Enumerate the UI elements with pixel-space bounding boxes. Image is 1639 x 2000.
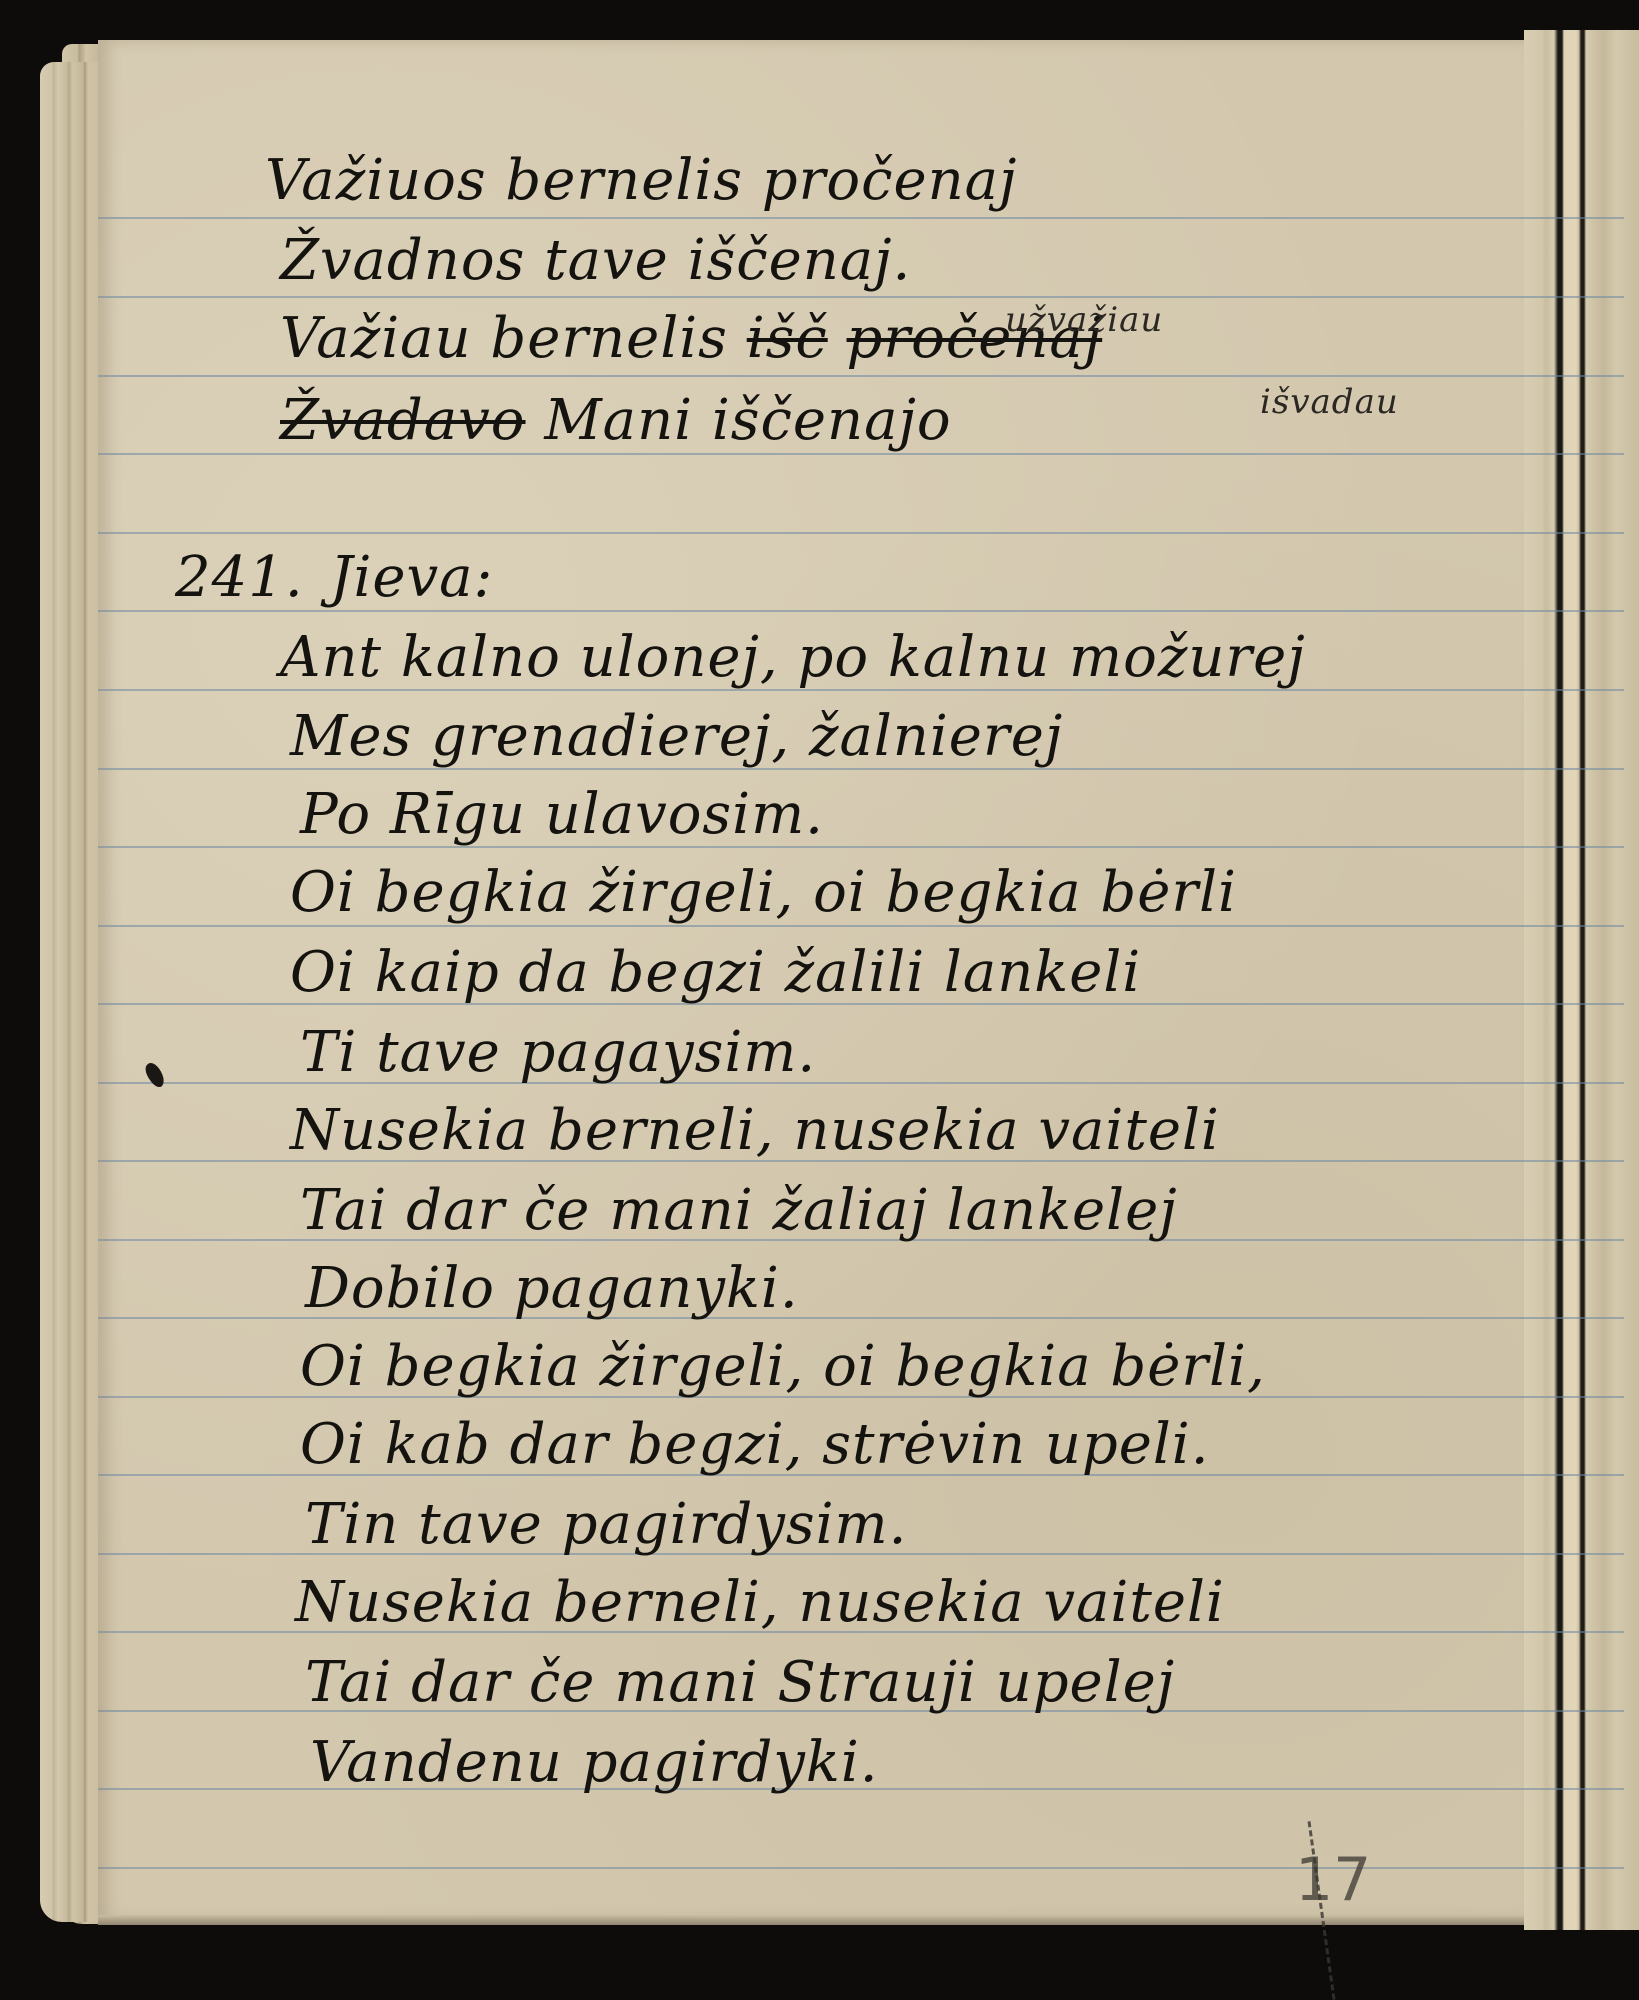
ruling-line bbox=[98, 453, 1624, 455]
song-line: Ant kalno ulonej, po kalnu možurej bbox=[280, 625, 1306, 690]
song-line: Tin tave pagirdysim. bbox=[305, 1492, 907, 1557]
song-line: Ti tave pagaysim. bbox=[300, 1020, 816, 1085]
ruling-line bbox=[98, 925, 1624, 927]
ruling-line bbox=[98, 296, 1624, 298]
notebook-page-stack-left bbox=[40, 62, 100, 1922]
verse-line: Žvadavo Mani iščenajo bbox=[280, 388, 952, 453]
ruling-line bbox=[98, 610, 1624, 612]
song-line: Oi kaip da begzi žalili lankeli bbox=[290, 940, 1141, 1005]
song-line: Tai dar če mani Strauji upelej bbox=[305, 1650, 1175, 1715]
interlinear-insert: užvažiau bbox=[1005, 300, 1163, 340]
song-line: Dobilo paganyki. bbox=[305, 1256, 799, 1321]
struck-word: Žvadavo bbox=[280, 388, 526, 453]
notebook-page-stack-right bbox=[1524, 30, 1639, 1930]
song-line: Oi kab dar begzi, strėvin upeli. bbox=[300, 1412, 1210, 1477]
ruling-line bbox=[98, 217, 1624, 219]
song-line: Mes grenadierej, žalnierej bbox=[290, 704, 1063, 769]
song-line: Nusekia berneli, nusekia vaiteli bbox=[290, 1098, 1220, 1163]
pencil-page-mark: 17 bbox=[1295, 1845, 1371, 1915]
song-number: 241. bbox=[175, 545, 304, 610]
verse-text: Važiau bernelis bbox=[280, 306, 728, 371]
verse-text: Mani iščenajo bbox=[544, 388, 951, 453]
song-line: Vandenu pagirdyki. bbox=[310, 1730, 879, 1795]
song-line: Tai dar če mani žaliaj lankelej bbox=[300, 1178, 1178, 1243]
interlinear-insert: išvadau bbox=[1260, 382, 1399, 422]
verse-line: Žvadnos tave iščenaj. bbox=[280, 228, 911, 293]
verse-line: Važiau bernelis išč pročenaj bbox=[280, 306, 1102, 371]
page-bottom-edge bbox=[98, 1915, 1524, 1925]
ruling-line bbox=[98, 375, 1624, 377]
song-line: Oi begkia žirgeli, oi begkia bėrli, bbox=[300, 1334, 1266, 1399]
ruling-line bbox=[98, 532, 1624, 534]
song-line: Nusekia berneli, nusekia vaiteli bbox=[295, 1570, 1225, 1635]
song-line: Po Rīgu ulavosim. bbox=[300, 782, 824, 847]
struck-word: išč bbox=[747, 306, 828, 371]
song-line: Oi begkia žirgeli, oi begkia bėrli bbox=[290, 860, 1237, 925]
song-title: Jieva: bbox=[330, 545, 493, 610]
ruling-line bbox=[98, 1867, 1624, 1869]
verse-line: Važiuos bernelis pročenaj bbox=[265, 148, 1017, 213]
